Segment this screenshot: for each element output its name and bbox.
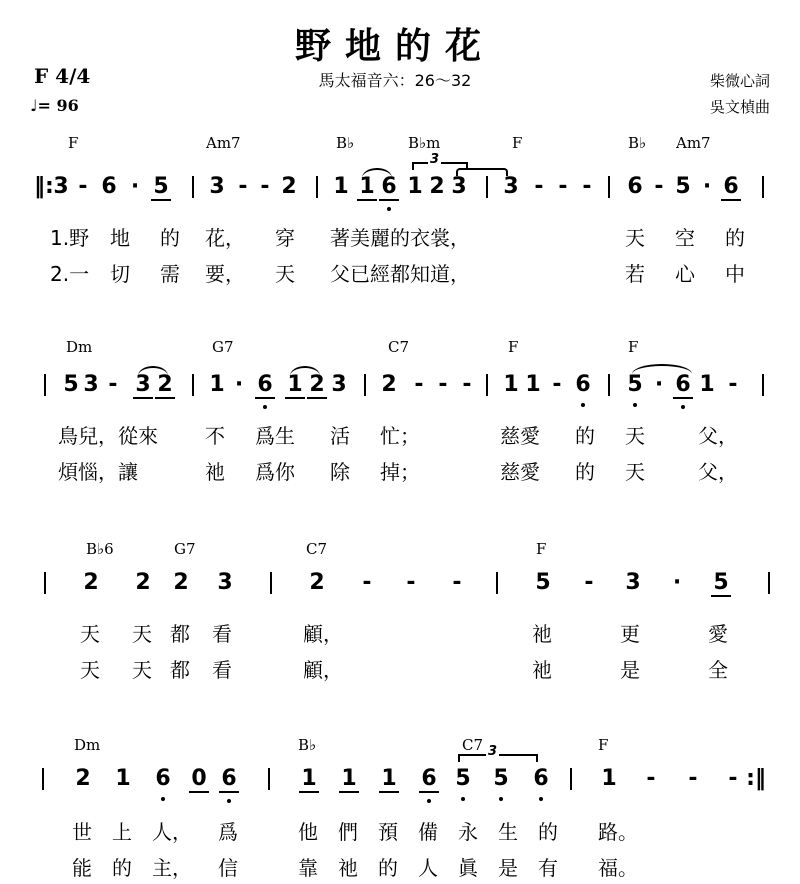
- lyric-syllable: 顧，: [303, 618, 343, 647]
- note: 5: [672, 174, 694, 199]
- lyric-syllable: 看: [212, 618, 232, 647]
- lyric-syllable: 永: [458, 816, 478, 845]
- note: 5: [60, 372, 82, 397]
- dash: -: [356, 570, 378, 595]
- note: 1: [112, 766, 134, 791]
- lyric-syllable: 若: [625, 258, 645, 287]
- note: 2: [132, 570, 154, 595]
- barline: [192, 374, 194, 396]
- lyric-syllable: 爲: [218, 816, 238, 845]
- lyric-syllable: 父，: [698, 456, 738, 485]
- lyric-syllable: 除: [330, 456, 350, 485]
- lyric-syllable: 靠: [298, 852, 318, 881]
- dash: -: [578, 570, 600, 595]
- chord-symbol: F: [628, 338, 638, 356]
- lyric-syllable: 心: [675, 258, 695, 287]
- slur: [138, 366, 168, 376]
- note: 1: [404, 174, 426, 199]
- dash: -: [446, 570, 468, 595]
- note: 3: [206, 174, 228, 199]
- note: 6: [672, 372, 694, 397]
- lyric-syllable: 愛: [708, 618, 728, 647]
- dash: -: [648, 174, 670, 199]
- lyric-syllable: 備: [418, 816, 438, 845]
- notation-line: 5 3 - 3 2 1 · 6 1 2 3 2 - - - 1 1 - 6 5 …: [0, 372, 800, 402]
- note: 6: [572, 372, 594, 397]
- chord-symbol: C7: [306, 540, 327, 558]
- lyric-syllable: 的: [575, 456, 595, 485]
- note: 6: [720, 174, 742, 199]
- lyric-syllable: 爲生: [255, 420, 295, 449]
- lyric-syllable: 世: [72, 816, 92, 845]
- lyric-syllable: 穿: [275, 222, 295, 251]
- repeat-end: :‖: [746, 766, 766, 791]
- lyric-syllable: 需: [160, 258, 180, 287]
- note: 6: [218, 766, 240, 791]
- barline: [768, 572, 770, 594]
- barline: [44, 572, 46, 594]
- chord-symbol: F: [68, 134, 78, 152]
- lyric-syllable: 上: [112, 816, 132, 845]
- lyric-syllable: 主，: [152, 852, 192, 881]
- lyric-syllable: 能: [72, 852, 92, 881]
- lyric-syllable: 的: [112, 852, 132, 881]
- lyric-syllable: 的: [725, 222, 745, 251]
- lyric-syllable: 空: [675, 222, 695, 251]
- dash: -: [552, 174, 574, 199]
- lyric-syllable: 不: [205, 420, 225, 449]
- note: 2: [426, 174, 448, 199]
- barline: [608, 374, 610, 396]
- lyric-syllable: 天: [625, 420, 645, 449]
- dash: -: [576, 174, 598, 199]
- note: 3: [80, 372, 102, 397]
- lyric-syllable: 天: [132, 618, 152, 647]
- lyric-syllable: 是: [620, 654, 640, 683]
- lyric-syllable: 顧，: [303, 654, 343, 683]
- chord-symbol: C7: [462, 736, 483, 754]
- lyric-syllable: 路。: [598, 816, 638, 845]
- note: 5: [532, 570, 554, 595]
- dash: -: [232, 174, 254, 199]
- note: 5: [452, 766, 474, 791]
- chord-symbol: G7: [174, 540, 196, 558]
- barline: [608, 176, 610, 198]
- barline: [42, 768, 44, 790]
- note: 1: [330, 174, 352, 199]
- note: 5: [490, 766, 512, 791]
- lyric-syllable: 慈愛: [500, 420, 540, 449]
- chord-symbol: F: [512, 134, 522, 152]
- song-title: 野地的花: [0, 18, 790, 69]
- chord-symbol: Dm: [66, 338, 92, 356]
- repeat-start: ‖:: [34, 174, 48, 199]
- lyric-syllable: 預: [378, 816, 398, 845]
- lyric-syllable: 的: [160, 222, 180, 251]
- lyric-syllable: 天: [625, 456, 645, 485]
- note: 5: [624, 372, 646, 397]
- slur: [632, 364, 692, 374]
- lyric-syllable: 要，: [205, 258, 245, 287]
- note: 3: [448, 174, 470, 199]
- dot: ·: [696, 174, 718, 199]
- note: 1: [298, 766, 320, 791]
- note: 3: [500, 174, 522, 199]
- dash: -: [408, 372, 430, 397]
- note: 2: [306, 570, 328, 595]
- barline: [192, 176, 194, 198]
- barline: [486, 374, 488, 396]
- tempo-marking: ♩= 96: [30, 96, 79, 115]
- lyric-syllable: 更: [620, 618, 640, 647]
- note: 1: [696, 372, 718, 397]
- chord-symbol: F: [536, 540, 546, 558]
- lyric-syllable: 2.一: [50, 258, 89, 287]
- note: 1: [522, 372, 544, 397]
- lyric-syllable: 眞: [458, 852, 478, 881]
- barline: [268, 768, 270, 790]
- dash: -: [722, 372, 744, 397]
- lyric-syllable: 福。: [598, 852, 638, 881]
- barline: [44, 374, 46, 396]
- chord-symbol: B♭6: [86, 540, 114, 558]
- chord-symbol: Dm: [74, 736, 100, 754]
- note: 1: [378, 766, 400, 791]
- triplet-number: 3: [486, 744, 499, 759]
- chord-symbol: B♭: [298, 736, 316, 754]
- lyric-syllable: 祂: [338, 852, 358, 881]
- lyric-syllable: 掉；: [380, 456, 420, 485]
- dash: -: [722, 766, 744, 791]
- lyric-syllable: 們: [338, 816, 358, 845]
- dash: -: [456, 372, 478, 397]
- lyric-syllable: 慈愛: [500, 456, 540, 485]
- chord-symbol: F: [508, 338, 518, 356]
- notation-line: 2 1 6 0 6 1 1 1 6 5 5 6 3 1 - - - :‖: [0, 766, 800, 796]
- lyric-syllable: 父已經都知道，: [330, 258, 470, 287]
- lyric-syllable: 著美麗的衣裳，: [330, 222, 470, 251]
- note: 1: [598, 766, 620, 791]
- lyric-syllable: 天: [132, 654, 152, 683]
- note: 2: [170, 570, 192, 595]
- chord-symbol: B♭m: [408, 134, 440, 152]
- dash: -: [682, 766, 704, 791]
- lyric-syllable: 鳥兒，從來: [58, 420, 158, 449]
- slur: [362, 168, 392, 178]
- note: 6: [418, 766, 440, 791]
- dash: -: [72, 174, 94, 199]
- lyric-syllable: 天: [80, 618, 100, 647]
- lyric-syllable: 切: [110, 258, 130, 287]
- dot: ·: [666, 570, 688, 595]
- lyric-syllable: 生: [498, 816, 518, 845]
- dash: -: [254, 174, 276, 199]
- lyric-syllable: 煩惱，讓: [58, 456, 138, 485]
- note: 1: [206, 372, 228, 397]
- note: 2: [72, 766, 94, 791]
- note: 6: [98, 174, 120, 199]
- barline: [762, 176, 764, 198]
- lyric-syllable: 都: [170, 654, 190, 683]
- lyric-syllable: 祂: [532, 654, 552, 683]
- chord-symbol: F: [598, 736, 608, 754]
- lyric-syllable: 祂: [532, 618, 552, 647]
- barline: [270, 572, 272, 594]
- note: 5: [150, 174, 172, 199]
- lyric-syllable: 的: [575, 420, 595, 449]
- triplet-number: 3: [428, 152, 441, 167]
- lyric-syllable: 他: [298, 816, 318, 845]
- lyric-syllable: 地: [110, 222, 130, 251]
- dash: -: [102, 372, 124, 397]
- lyric-syllable: 忙；: [380, 420, 420, 449]
- lyric-syllable: 的: [538, 816, 558, 845]
- note: 3: [50, 174, 72, 199]
- lyric-syllable: 爲你: [255, 456, 295, 485]
- lyric-syllable: 人: [418, 852, 438, 881]
- note: 3: [214, 570, 236, 595]
- lyric-syllable: 是: [498, 852, 518, 881]
- dot: ·: [228, 372, 250, 397]
- chord-symbol: Am7: [206, 134, 241, 152]
- lyric-syllable: 活: [330, 420, 350, 449]
- dash: -: [400, 570, 422, 595]
- lyric-syllable: 全: [708, 654, 728, 683]
- dash: -: [528, 174, 550, 199]
- note: 1: [338, 766, 360, 791]
- lyric-syllable: 天: [625, 222, 645, 251]
- dash: -: [640, 766, 662, 791]
- dot: ·: [648, 372, 670, 397]
- scripture-reference: 馬太福音六：26～32: [0, 68, 790, 91]
- chord-symbol: G7: [212, 338, 234, 356]
- barline: [570, 768, 572, 790]
- lyric-syllable: 天: [275, 258, 295, 287]
- note: 1: [500, 372, 522, 397]
- notation-line: ‖: 3 - 6 · 5 3 - - 2 1 1 6 1 2 3 3 3 - -…: [0, 174, 800, 204]
- lyric-syllable: 父，: [698, 420, 738, 449]
- note: 6: [624, 174, 646, 199]
- lyric-syllable: 看: [212, 654, 232, 683]
- lyric-syllable: 1.野: [50, 222, 89, 251]
- note: 5: [710, 570, 732, 595]
- chord-symbol: C7: [388, 338, 409, 356]
- note: 3: [328, 372, 350, 397]
- lyric-syllable: 都: [170, 618, 190, 647]
- note: 6: [254, 372, 276, 397]
- composer-credit: 吳文楨曲: [710, 96, 770, 117]
- key-signature: F 4/4: [34, 64, 90, 88]
- lyric-syllable: 祂: [205, 456, 225, 485]
- chord-symbol: Am7: [676, 134, 711, 152]
- chord-symbol: B♭: [628, 134, 646, 152]
- barline: [496, 572, 498, 594]
- lyric-syllable: 有: [538, 852, 558, 881]
- barline: [762, 374, 764, 396]
- lyric-syllable: 天: [80, 654, 100, 683]
- dot: ·: [124, 174, 146, 199]
- lyric-syllable: 人，: [152, 816, 192, 845]
- barline: [486, 176, 488, 198]
- chord-symbol: B♭: [336, 134, 354, 152]
- notation-line: 2 2 2 3 2 - - - 5 - 3 · 5: [0, 570, 800, 600]
- note: 3: [622, 570, 644, 595]
- lyric-syllable: 信: [218, 852, 238, 881]
- dash: -: [432, 372, 454, 397]
- barline: [364, 374, 366, 396]
- lyric-syllable: 花，: [205, 222, 245, 251]
- lyric-syllable: 中: [725, 258, 745, 287]
- barline: [316, 176, 318, 198]
- dash: -: [546, 372, 568, 397]
- note: 6: [152, 766, 174, 791]
- slur: [290, 366, 320, 376]
- note: 2: [278, 174, 300, 199]
- note: 0: [188, 766, 210, 791]
- note: 2: [80, 570, 102, 595]
- note: 6: [530, 766, 552, 791]
- note: 2: [378, 372, 400, 397]
- lyricist-credit: 柴微心詞: [710, 70, 770, 91]
- lyric-syllable: 的: [378, 852, 398, 881]
